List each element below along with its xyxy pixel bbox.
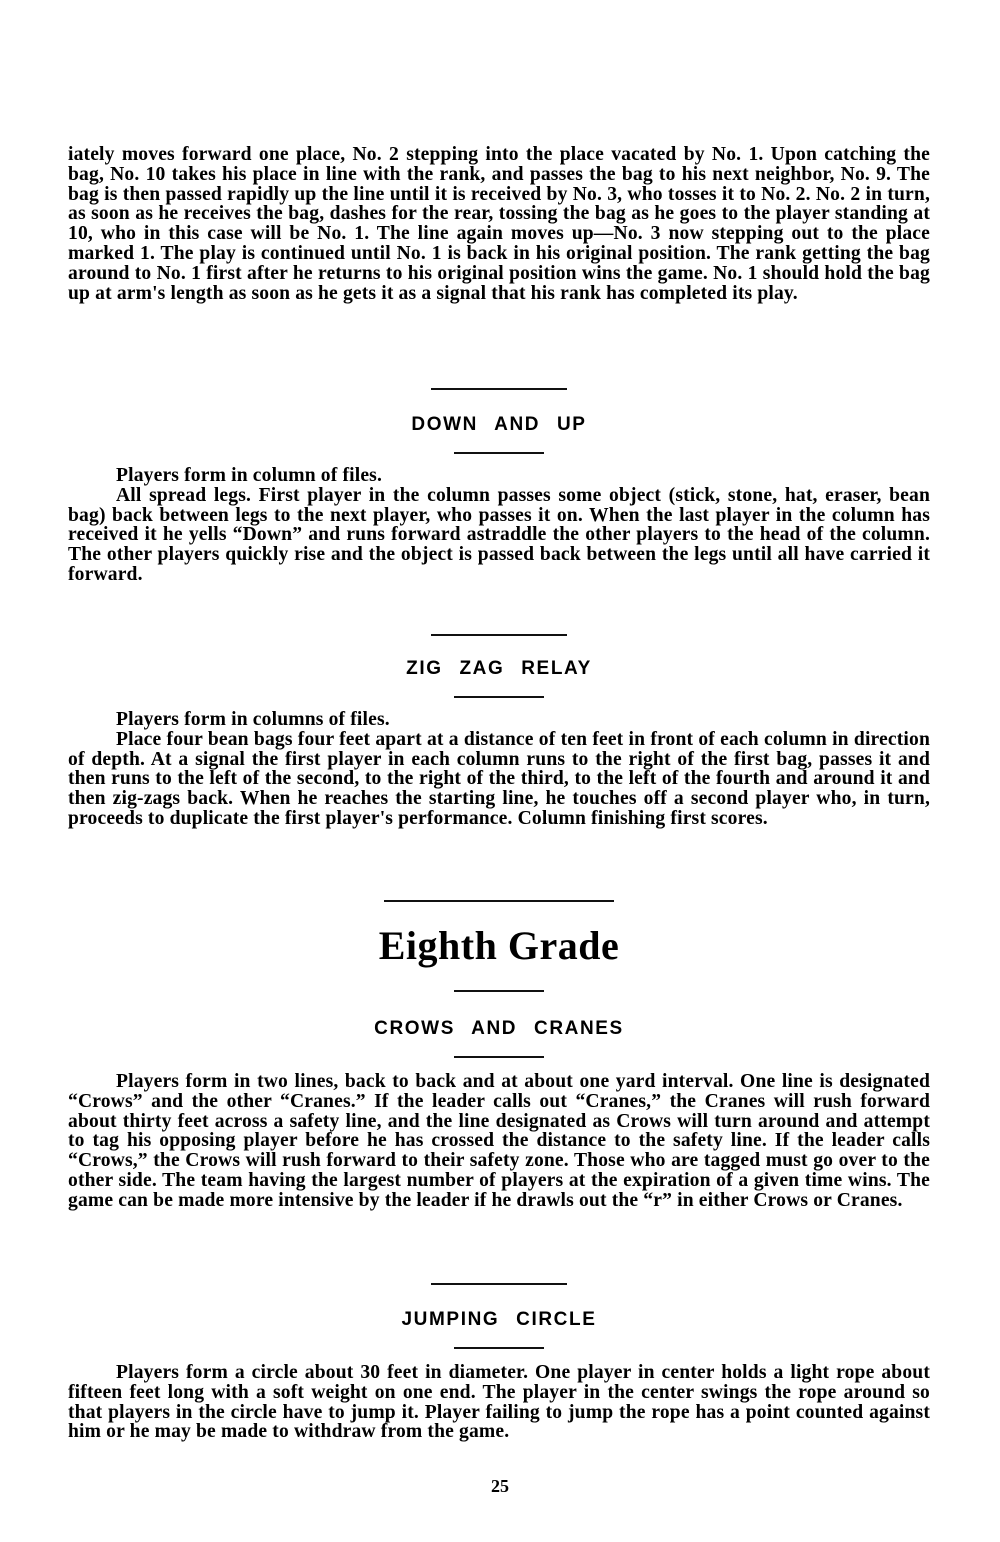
continuation-paragraph: iately moves forward one place, No. 2 st… (68, 145, 930, 303)
grade-heading-block: Eighth Grade (68, 900, 930, 969)
section-title: ZIG ZAG RELAY (68, 658, 930, 680)
section-divider (431, 1283, 567, 1285)
section-paragraph: Players form in two lines, back to back … (68, 1072, 930, 1211)
title-underline (454, 696, 544, 698)
page-number: 25 (0, 1476, 1000, 1497)
section-divider (431, 388, 567, 390)
section-paragraph: Players form in column of files. (68, 466, 930, 486)
section-down-and-up: DOWN AND UP Players form in column of fi… (68, 388, 930, 585)
section-paragraph: Place four bean bags four feet apart at … (68, 730, 930, 829)
section-paragraph: Players form in columns of files. (68, 710, 930, 730)
title-underline (454, 452, 544, 454)
grade-divider (384, 900, 614, 902)
section-title: CROWS AND CRANES (68, 1018, 930, 1040)
grade-heading: Eighth Grade (68, 922, 930, 969)
section-title: JUMPING CIRCLE (68, 1309, 930, 1331)
section-paragraph: Players form a circle about 30 feet in d… (68, 1363, 930, 1442)
continuation-text-block: iately moves forward one place, No. 2 st… (68, 145, 930, 303)
title-underline (454, 1347, 544, 1349)
section-zig-zag-relay: ZIG ZAG RELAY Players form in columns of… (68, 634, 930, 829)
section-divider (454, 990, 544, 992)
title-underline (454, 1056, 544, 1058)
section-jumping-circle: JUMPING CIRCLE Players form a circle abo… (68, 1283, 930, 1442)
section-crows-and-cranes: CROWS AND CRANES Players form in two lin… (68, 990, 930, 1211)
section-paragraph: All spread legs. First player in the col… (68, 486, 930, 585)
section-title: DOWN AND UP (68, 414, 930, 436)
section-divider (431, 634, 567, 636)
